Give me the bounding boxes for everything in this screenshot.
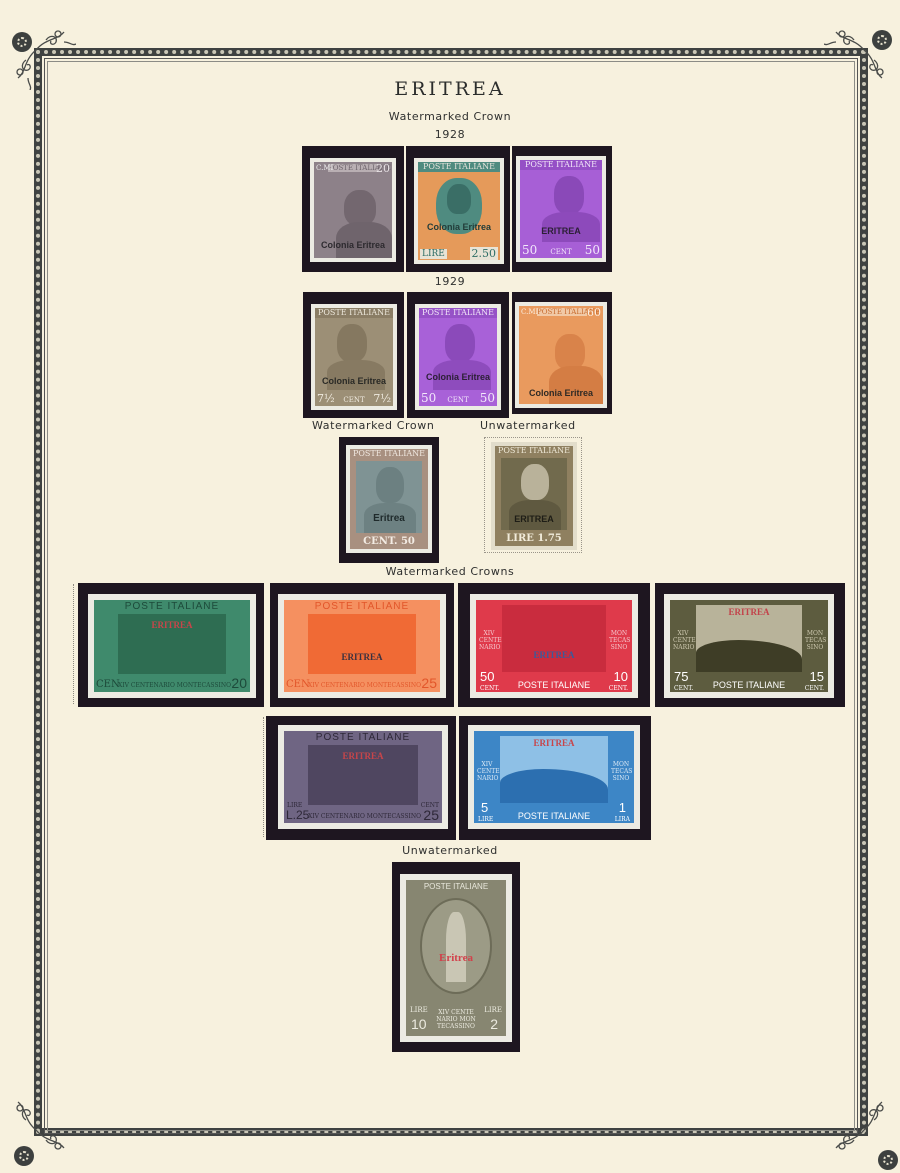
stamp-unit-left: CENT. xyxy=(480,685,499,692)
stamp-unit-right: CENT. xyxy=(805,685,824,692)
sculpture-scene xyxy=(502,605,606,672)
section-heading-watermarked-crown-1928: Watermarked Crown xyxy=(0,110,900,123)
stamp-bottom-text: POSTE ITALIANE xyxy=(502,811,606,821)
stamp-value-left: C.MI xyxy=(316,164,333,172)
stamp-value-right: 20 xyxy=(376,162,390,175)
stamp-cent-50[interactable]: POSTE ITALIANE Eritrea CENT. 50 xyxy=(346,445,432,553)
year-label-1929: 1929 xyxy=(0,275,900,288)
stamp-value-right: 20 xyxy=(231,675,247,691)
year-label-1928: 1928 xyxy=(0,128,900,141)
stamp-overprint: Eritrea xyxy=(406,952,506,964)
stamp-side-right: MON TECAS SINO xyxy=(805,630,825,651)
stamp-bottom-text: XIV CENTENARIO MONTECASSINO xyxy=(308,813,418,820)
stamp-value-left: 75 xyxy=(674,669,688,684)
stamp-overprint: Colonia Eritrea xyxy=(315,376,393,386)
stamp-value-right: 25 xyxy=(421,675,437,691)
stamp-value-right: 2 xyxy=(490,1016,498,1032)
stamp-design: POSTE ITALIANE Colonia Eritrea 50 CENT 5… xyxy=(419,308,497,406)
stamp-unit-left: LIRE xyxy=(410,1006,428,1014)
portrait-head xyxy=(554,176,584,214)
stamp-unit-right: LIRE xyxy=(484,1006,502,1014)
stamp-bottom-text: XIV CENTENARIO MONTECASSINO xyxy=(118,682,226,689)
stamp-value-left: CEN xyxy=(286,679,310,690)
stamp-montecassino-25c[interactable]: POSTE ITALIANE ERITREA CEN XIV CENTENARI… xyxy=(278,594,446,698)
stamp-overprint: Colonia Eritrea xyxy=(419,372,497,382)
stamp-value-left: 5 xyxy=(481,800,488,815)
stamp-unit-left: CENT. xyxy=(674,685,693,692)
portrait-head xyxy=(447,184,471,214)
stamp-montecassino-10-lire-2-lire[interactable]: POSTE ITALIANE Eritrea LIRE 10 XIV CENTE… xyxy=(400,874,512,1042)
stamp-montecassino-75c-15c[interactable]: XIV CENTE NARIO MON TECAS SINO ERITREA 7… xyxy=(664,594,834,698)
stamp-1929-7-5c[interactable]: POSTE ITALIANE Colonia Eritrea 7½ CENT 7… xyxy=(311,304,397,410)
stamp-header: POSTE ITALIANE xyxy=(284,600,440,614)
portrait-torso xyxy=(549,366,603,404)
stamp-bottom-text: POSTE ITALIANE xyxy=(504,680,604,690)
stamp-header: POSTE ITALIANE xyxy=(419,308,497,318)
album-page: ERITREA Watermarked Crown 1928 1929 Wate… xyxy=(0,0,900,1173)
stamp-unit-right: LIRA xyxy=(615,816,630,823)
stamp-value-left: C.MI xyxy=(521,308,538,316)
stamp-value-right: 7½ xyxy=(373,392,391,405)
portrait-head xyxy=(344,190,376,226)
stamp-overprint: Colonia Eritrea xyxy=(314,240,392,250)
stamp-1928-20c[interactable]: POSTE ITALIANE C.MI 20 Colonia Eritrea xyxy=(310,158,396,262)
stamp-value-right: 10 xyxy=(614,669,628,684)
rosette-icon xyxy=(14,1146,34,1166)
stamp-header: POSTE ITALIANE xyxy=(495,446,573,456)
portrait-head xyxy=(521,464,549,500)
stamp-overprint: ERITREA xyxy=(476,650,632,660)
stamp-value-left: LIRE xyxy=(420,249,447,259)
stamp-value-left: 10 xyxy=(411,1016,427,1032)
stamp-value-right: 15 xyxy=(810,669,824,684)
portrait-head xyxy=(337,324,367,362)
stamp-design: POSTE ITALIANE Eritrea LIRE 10 XIV CENTE… xyxy=(406,880,506,1036)
saint-benedict-figure xyxy=(446,912,466,982)
stamp-value-left: L.25 xyxy=(286,808,309,822)
rosette-icon xyxy=(878,1150,898,1170)
stamp-design: POSTE ITALIANE C.MI 60 Colonia Eritrea xyxy=(519,306,603,404)
stamp-design: POSTE ITALIANE ERITREA LIRE L.25 XIV CEN… xyxy=(284,731,442,823)
stamp-1928-50c[interactable]: POSTE ITALIANE ERITREA 50 CENT 50 xyxy=(516,156,606,262)
stamp-design: POSTE ITALIANE ERITREA CEN XIV CENTENARI… xyxy=(284,600,440,692)
stamp-side-left: XIV CENTE NARIO xyxy=(477,761,497,782)
page-title: ERITREA xyxy=(0,78,900,100)
stamp-overprint: Colonia Eritrea xyxy=(418,222,500,232)
stamp-design: POSTE ITALIANE Colonia Eritrea 7½ CENT 7… xyxy=(315,308,393,406)
stamp-overprint: ERITREA xyxy=(670,607,828,617)
stamp-1928-2-50-lire[interactable]: POSTE ITALIANE Colonia Eritrea LIRE 2.50 xyxy=(414,158,504,264)
stamp-design: XIV CENTE NARIO MON TECAS SINO ERITREA 5… xyxy=(476,600,632,692)
stamp-header: POSTE ITALIANE xyxy=(406,880,506,893)
stamp-side-left: XIV CENTE NARIO xyxy=(479,630,499,651)
section-heading-watermarked-crown: Watermarked Crown xyxy=(312,419,472,432)
stamp-overprint: ERITREA xyxy=(284,751,442,761)
stamp-montecassino-1-25-lire[interactable]: POSTE ITALIANE ERITREA LIRE L.25 XIV CEN… xyxy=(278,725,448,829)
stamp-bottom-text: XIV CENTENARIO MONTECASSINO xyxy=(308,682,416,689)
stamp-overprint: Eritrea xyxy=(350,513,428,524)
stamp-montecassino-5-lire-1-lira[interactable]: XIV CENTE NARIO MON TECAS SINO ERITREA 5… xyxy=(468,725,640,829)
stamp-bottom-text: LIRE 1.75 xyxy=(495,533,573,544)
portrait-head xyxy=(376,467,404,503)
stamp-montecassino-20c[interactable]: POSTE ITALIANE ERITREA CEN XIV CENTENARI… xyxy=(88,594,256,698)
mount-edge xyxy=(73,584,75,704)
stamp-bottom-text: POSTE ITALIANE xyxy=(698,680,800,690)
stamp-value-right: 1 xyxy=(619,800,626,815)
stamp-side-right: MON TECAS SINO xyxy=(611,761,631,782)
stamp-lire-1-75[interactable]: POSTE ITALIANE ERITREA LIRE 1.75 xyxy=(491,442,577,550)
stamp-bottom-text: CENT. 50 xyxy=(350,536,428,547)
stamp-header: POSTE ITALIANE xyxy=(94,600,250,614)
mount-edge xyxy=(263,717,265,837)
stamp-design: POSTE ITALIANE Colonia Eritrea LIRE 2.50 xyxy=(418,162,500,260)
stamp-value-left: CEN xyxy=(96,679,120,690)
stamp-design: XIV CENTE NARIO MON TECAS SINO ERITREA 5… xyxy=(474,731,634,823)
stamp-1929-60c[interactable]: POSTE ITALIANE C.MI 60 Colonia Eritrea xyxy=(515,302,607,408)
stamp-value-right: 60 xyxy=(587,306,601,319)
stamp-value-right: 2.50 xyxy=(470,247,499,260)
stamp-design: POSTE ITALIANE Eritrea CENT. 50 xyxy=(350,449,428,549)
corner-ornament-bottom-right xyxy=(824,1090,894,1160)
stamp-overprint: ERITREA xyxy=(520,226,602,236)
stamp-design: POSTE ITALIANE ERITREA 50 CENT 50 xyxy=(520,160,602,258)
stamp-1929-50c[interactable]: POSTE ITALIANE Colonia Eritrea 50 CENT 5… xyxy=(415,304,501,410)
portrait-head xyxy=(555,334,585,370)
stamp-design: POSTE ITALIANE ERITREA LIRE 1.75 xyxy=(495,446,573,546)
stamp-value-right: 50 xyxy=(585,243,600,257)
stamp-design: XIV CENTE NARIO MON TECAS SINO ERITREA 7… xyxy=(670,600,828,692)
section-heading-unwatermarked: Unwatermarked xyxy=(480,419,600,432)
section-heading-watermarked-crowns: Watermarked Crowns xyxy=(0,565,900,578)
stamp-header: POSTE ITALIANE xyxy=(315,308,393,318)
stamp-overprint: ERITREA xyxy=(94,620,250,630)
stamp-header: POSTE ITALIANE xyxy=(284,731,442,745)
rosette-icon xyxy=(872,30,892,50)
stamp-side-left: XIV CENTE NARIO xyxy=(673,630,693,651)
stamp-header: POSTE ITALIANE xyxy=(520,160,602,170)
stamp-overprint: ERITREA xyxy=(474,738,634,748)
stamp-montecassino-50c-10c[interactable]: XIV CENTE NARIO MON TECAS SINO ERITREA 5… xyxy=(470,594,638,698)
stamp-design: POSTE ITALIANE C.MI 20 Colonia Eritrea xyxy=(314,162,392,258)
portrait-head xyxy=(445,324,475,362)
stamp-design: POSTE ITALIANE ERITREA CEN XIV CENTENARI… xyxy=(94,600,250,692)
stamp-overprint: ERITREA xyxy=(284,652,440,662)
section-heading-unwatermarked-2: Unwatermarked xyxy=(0,844,900,857)
procession-scene xyxy=(308,614,416,674)
stamp-overprint: Colonia Eritrea xyxy=(519,388,603,398)
stamp-value-right: 50 xyxy=(480,391,495,405)
stamp-unit-right: CENT. xyxy=(609,685,628,692)
stamp-side-right: MON TECAS SINO xyxy=(609,630,629,651)
stamp-bottom-text: XIV CENTE NARIO MON TECASSINO xyxy=(434,1009,478,1030)
stamp-unit-left: LIRE xyxy=(478,816,493,823)
stamp-value-left: 50 xyxy=(480,669,494,684)
stamp-header: POSTE ITALIANE xyxy=(350,449,428,459)
rosette-icon xyxy=(12,32,32,52)
stamp-value-right: 25 xyxy=(423,807,439,823)
stamp-header: POSTE ITALIANE xyxy=(418,162,500,172)
stamp-header: POSTE ITALIANE xyxy=(328,164,378,172)
stamp-overprint: ERITREA xyxy=(495,514,573,524)
stamp-header: POSTE ITALIANE xyxy=(537,308,587,316)
